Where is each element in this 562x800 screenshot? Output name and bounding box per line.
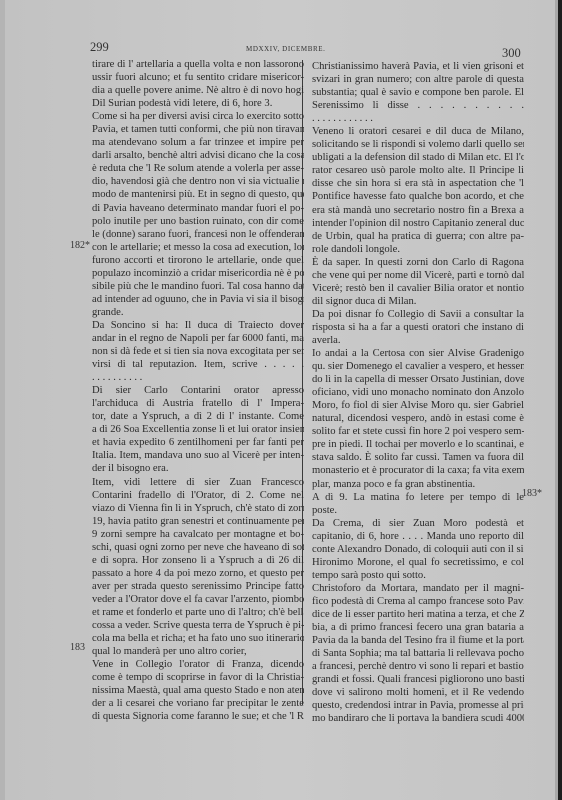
text-line: 9 zorni sempre ha cavalcato per montagne… <box>92 528 304 541</box>
text-line: schi, quasi ogni zorno per neve che have… <box>92 541 304 554</box>
text-line: Christoforo da Mortara, mandato per il m… <box>312 582 524 595</box>
text-line: Dil Surian podestà vidi letere, di 6, ho… <box>92 97 304 110</box>
text-line: di Santa Sophia; ma tal battaria li rell… <box>312 647 524 660</box>
text-line: rator cesareo usò parole molto alte. Il … <box>312 164 524 177</box>
text-line: Io andai a la Certosa con sier Alvise Gr… <box>312 347 524 360</box>
text-line: . . . . . . . . . . <box>92 371 304 384</box>
text-line: mo bandiraro che li portava la bandiera … <box>312 712 524 725</box>
text-line: 19, havia patito gran senestri et contin… <box>92 515 304 528</box>
text-line: a dì 26 Soa Excellentia zonse lì et lui … <box>92 423 304 436</box>
page-left-edge <box>0 0 5 800</box>
text-line: darli arsalto, benchè altri advisi dican… <box>92 149 304 162</box>
text-line: modo de mantenirsi più. Et in segno di q… <box>92 188 304 201</box>
text-line: risposta si ha a far a questi oratori ch… <box>312 321 524 334</box>
text-line: di questa Signoria come faranno le sue; … <box>92 710 304 723</box>
text-line: Vene in Collegio l'orator di Franza, dic… <box>92 658 304 671</box>
text-line: do lì in la capella di messer Orsato Jus… <box>312 373 524 386</box>
text-line: Come si ha per diversi avisi circa lo ex… <box>92 110 304 123</box>
text-line: conte Alexandro Donado, di coloquii auti… <box>312 543 524 556</box>
text-line: Contarini fradello di l'Orator, di 2. Co… <box>92 489 304 502</box>
right-page-number: 300 <box>502 46 521 61</box>
text-line: è reduta che 'l Re solum atende a volerl… <box>92 162 304 175</box>
text-line: andar in el regno de Napoli per far 6000… <box>92 332 304 345</box>
text-line: furono accorti et tirorono le artellarie… <box>92 254 304 267</box>
text-line: pre in piedi. Il tochai per moverlo e lo… <box>312 438 524 451</box>
text-line: Da Soncino si ha: Il duca di Traiecto do… <box>92 319 304 332</box>
text-line: dove vi salirono molti homeni, et il Re … <box>312 686 524 699</box>
text-line: monasterio et è procurator di la caxa; f… <box>312 464 524 477</box>
text-line: Vicerè; restò ben il cavalier Bilia orat… <box>312 282 524 295</box>
text-line: non si dà fede et si tien sia nova excog… <box>92 345 304 358</box>
text-line: et rame et fonderlo et parte uno di l'al… <box>92 606 304 619</box>
text-line: veder a l'Orator dove el fa cavar l'arze… <box>92 593 304 606</box>
text-line: bia, a dì primo francesi fecero una gran… <box>312 621 524 634</box>
text-line: polo inutile per uno bastion ruinato, co… <box>92 215 304 228</box>
text-line: cola ma bella et richa; et ha fato uno s… <box>92 632 304 645</box>
text-line: stava saldo. È solito far cussì. Tamen v… <box>312 451 524 464</box>
text-line: le (donne) sarano fuori, francesi non le… <box>92 228 304 241</box>
book-page-spread: 299 MDXXIV, DICEMBRE. 300 182* 183 183* … <box>0 0 562 800</box>
text-line: A dì 9. La matina fo letere per tempo di… <box>312 491 524 504</box>
text-line: dice de li esser partito heri matina a t… <box>312 608 524 621</box>
text-line: dio, havendosi già che dentro non vi sia… <box>92 175 304 188</box>
text-line: e di sopra. Hor zonseno lì a Yspruch a d… <box>92 554 304 567</box>
text-line: de Urbin, qual ha pratica di guerra; con… <box>312 230 524 243</box>
text-line: plar, manza poco e fa gran abstinentia. <box>312 478 524 491</box>
page-right-edge <box>558 0 562 800</box>
text-line: dia a quelle povere anime. Nè altro è di… <box>92 84 304 97</box>
text-line: grandi et fossi. Quali francesi piglioro… <box>312 673 524 686</box>
text-line: Christianissimo haverà Pavia, et li vien… <box>312 60 524 73</box>
text-line: populazo incominziò a cridar misericordi… <box>92 267 304 280</box>
margin-note-183-left: 183 <box>70 642 85 653</box>
text-line: Veneno li oratori cesarei e dil duca de … <box>312 125 524 138</box>
text-line: Di sier Carlo Contarini orator apresso <box>92 384 304 397</box>
text-line: cossa a veder. Scrive questa terra de Ys… <box>92 619 304 632</box>
text-line: virsi di tal reputazion. Item, scrive . … <box>92 358 304 371</box>
text-line: di Pavia haveano determinato mandar fuor… <box>92 202 304 215</box>
text-line: Serenissimo li disse . . . . . . . . . . <box>312 99 524 112</box>
running-title: MDXXIV, DICEMBRE. <box>246 45 326 53</box>
text-line: Italia. Item, mandava uno suo al Vicerè … <box>92 449 304 462</box>
text-line: ussir fuori alcuno; et fu sentito cridar… <box>92 71 304 84</box>
text-line: Item, vidi lettere di sier Zuan Francesc… <box>92 476 304 489</box>
text-line: l'archiduca di Austria fratello di l' Im… <box>92 397 304 410</box>
text-line: . . . . . . . . . . . . <box>312 112 524 125</box>
text-line: viazo di Vienna fin lì in Yspruch, ch'è … <box>92 502 304 515</box>
text-line: Pavia, et tamen tutti conformi, che più … <box>92 123 304 136</box>
text-line: fico podestà di Crema al campo francese … <box>312 595 524 608</box>
text-line: et havia expedito 6 zentilhomeni per far… <box>92 436 304 449</box>
text-line: oficiano, vidi uno monacho nominato don … <box>312 386 524 399</box>
text-line: come è tempo di scoprirse in favor di la… <box>92 671 304 684</box>
text-line: tirare di l' artellaria a quella volta e… <box>92 58 304 71</box>
text-line: disse che sin hora si era stà in aspecta… <box>312 177 524 190</box>
text-line: tempo sarà posto qui sotto. <box>312 569 524 582</box>
text-line: natural, dicendosi vespero, andò in esta… <box>312 412 524 425</box>
text-line: questo, credendosi intrar in Pavia, prom… <box>312 699 524 712</box>
left-page-number: 299 <box>90 40 109 55</box>
text-line: Pavia da la banda del Tesino fra il fium… <box>312 634 524 647</box>
text-line: poste. <box>312 504 524 517</box>
text-line: averla. <box>312 334 524 347</box>
left-column-text: tirare di l' artellaria a quella volta e… <box>92 58 304 723</box>
text-line: Hironimo Morone, el qual fo secretissimo… <box>312 556 524 569</box>
text-line: Moro, fo fiol di sier Alvise Moro qu. si… <box>312 399 524 412</box>
text-line: role dandoli longole. <box>312 243 524 256</box>
text-line: con le artellarie; et messo la cosa ad e… <box>92 241 304 254</box>
text-line: era stà mandà uno secretario nostro fin … <box>312 204 524 217</box>
text-line: Da Crema, di sier Zuan Moro podestà et <box>312 517 524 530</box>
text-line: grande. <box>92 306 304 319</box>
text-line: ma atendevano solum a far trinzee et imp… <box>92 136 304 149</box>
right-column-text: Christianissimo haverà Pavia, et li vien… <box>312 60 524 725</box>
text-line: solicitando se li rispondi si volemo dar… <box>312 138 524 151</box>
text-line: dil signor duca di Milan. <box>312 295 524 308</box>
text-line: svizari in gran numero; con altre parole… <box>312 73 524 86</box>
text-line: solito far et stete cussì fin hore 2 poi… <box>312 425 524 438</box>
text-line: qu. sier Domenego el cavalier a vespero,… <box>312 360 524 373</box>
text-line: aver per strada questo serenissimo Princ… <box>92 580 304 593</box>
text-line: Pontifice havesse fato qualche bon acord… <box>312 190 524 203</box>
text-line: tor, date a Yspruch, a dì 2 di l' instan… <box>92 410 304 423</box>
text-line: sibile più che le mandino fuori. Tal cos… <box>92 280 304 293</box>
text-line: der il bisogno era. <box>92 462 304 475</box>
text-line: che vene qui per nome dil Vicerè, partì … <box>312 269 524 282</box>
text-line: a francesi, perchè dentro vi sono li rep… <box>312 660 524 673</box>
text-line: passato a hore 4 da poi mezo zorno, et q… <box>92 567 304 580</box>
margin-note-183-right: 183* <box>522 488 542 499</box>
text-line: intender l'opinion dil nostro Capitanio … <box>312 217 524 230</box>
text-line: capitanio, di 6, hore . . . . Manda uno … <box>312 530 524 543</box>
text-line: qual lo manderà per uno altro corier, <box>92 645 304 658</box>
text-line: substantia; qual è savio e compone ben p… <box>312 86 524 99</box>
text-line: Da poi disnar fo Collegio di Savii a con… <box>312 308 524 321</box>
text-line: der a li cesarei che voriano far precipi… <box>92 697 304 710</box>
text-line: ubligati a la defension dil stado di Mil… <box>312 151 524 164</box>
margin-note-182: 182* <box>70 240 90 251</box>
text-line: ad intender ad oguuno, che in Pavia vi s… <box>92 293 304 306</box>
text-line: È da saper. In questi zorni don Carlo di… <box>312 256 524 269</box>
text-line: nissima Maestà, qual ama questo Stado e … <box>92 684 304 697</box>
